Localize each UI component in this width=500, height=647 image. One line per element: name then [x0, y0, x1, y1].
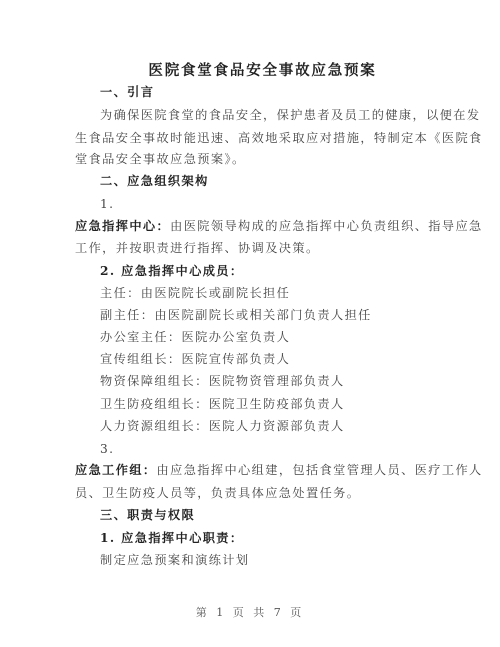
- list-number: 1.: [100, 196, 114, 212]
- paragraph-line: 制定应急预案和演练计划: [100, 552, 249, 568]
- paragraph-line: 堂食品安全事故应急预案》。: [75, 151, 246, 167]
- member-item: 卫生防疫组组长：医院卫生防疫部负责人: [100, 396, 345, 412]
- member-item: 宣传组组长：医院宣传部负责人: [100, 351, 290, 367]
- subheading-duties: 1. 应急指挥中心职责：: [100, 530, 243, 546]
- section-heading-duties: 三、职责与权限: [100, 507, 195, 523]
- section-heading-organization: 二、应急组织架构: [100, 173, 209, 189]
- paragraph-line: 生食品安全事故时能迅速、高效地采取应对措施，特制定本《医院食: [75, 130, 483, 146]
- member-item: 办公室主任：医院办公室负责人: [100, 329, 290, 345]
- subheading-members: 2. 应急指挥中心成员：: [100, 263, 243, 279]
- paragraph-line: 应急工作组：由应急指挥中心组建，包括食堂管理人员、医疗工作人: [75, 462, 483, 478]
- paragraph-line: 工作，并按职责进行指挥、协调及决策。: [75, 240, 320, 256]
- paragraph-line: 为确保医院食堂的食品安全，保护患者及员工的健康，以便在发: [100, 107, 480, 123]
- term-text: 由医院领导构成的应急指挥中心负责组织、指导应急: [170, 219, 483, 233]
- paragraph-line: 员、卫生防疫人员等，负责具体应急处置任务。: [75, 485, 360, 501]
- list-number: 3.: [100, 441, 114, 457]
- document-title: 医院食堂食品安全事故应急预案: [0, 59, 500, 80]
- member-item: 物资保障组组长：医院物资管理部负责人: [100, 373, 345, 389]
- term-text: 由应急指挥中心组建，包括食堂管理人员、医疗工作人: [157, 463, 483, 477]
- member-item: 人力资源组组长：医院人力资源部负责人: [100, 418, 345, 434]
- page-footer: 第 1 页 共 7 页: [0, 604, 500, 620]
- term-label: 应急指挥中心：: [75, 219, 170, 233]
- member-item: 主任：由医院院长或副院长担任: [100, 285, 290, 301]
- paragraph-line: 应急指挥中心：由医院领导构成的应急指挥中心负责组织、指导应急: [75, 218, 483, 234]
- section-heading-intro: 一、引言: [100, 84, 154, 100]
- term-label: 应急工作组：: [75, 463, 157, 477]
- member-item: 副主任：由医院副院长或相关部门负责人担任: [100, 307, 372, 323]
